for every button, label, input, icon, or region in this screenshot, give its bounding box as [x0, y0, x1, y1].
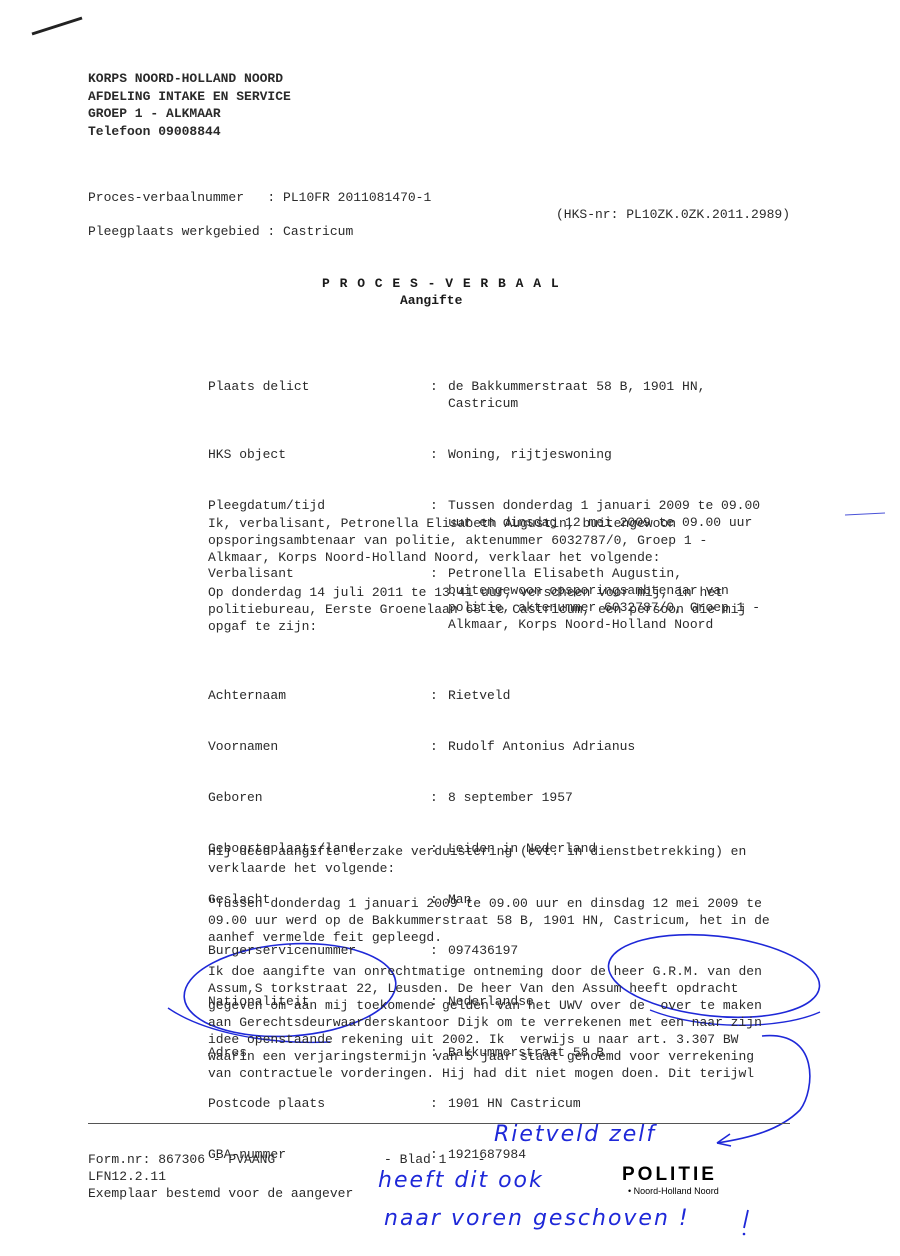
politie-wordmark: POLITIE: [622, 1164, 719, 1186]
agency-line: Telefoon 09008844: [88, 123, 291, 141]
agency-header: KORPS NOORD-HOLLAND NOORD AFDELING INTAK…: [88, 70, 291, 140]
form-number: Form.nr: 867306 - PVAANG: [88, 1151, 275, 1168]
pv-number-label: Proces-verbaalnummer :: [88, 190, 275, 205]
lfn-code: LFN12.2.11: [88, 1168, 166, 1185]
person-field: Geboren:8 september 1957: [208, 789, 808, 806]
appearance-paragraph: Op donderdag 14 juli 2011 te 13.41 uur, …: [208, 584, 808, 635]
agency-line: KORPS NOORD-HOLLAND NOORD: [88, 70, 291, 88]
field-value: Rietveld: [448, 687, 808, 704]
pv-number-row: Proces-verbaalnummer : PL10FR 2011081470…: [88, 189, 431, 206]
werkgebied-row: Pleegplaats werkgebied : Castricum: [88, 223, 353, 240]
person-field: Postcode plaats:1901 HN Castricum: [208, 1095, 808, 1112]
statement-paragraph-2: Ik doe aangifte van onrechtmatige ontnem…: [208, 963, 808, 1082]
field-label: Postcode plaats: [208, 1095, 430, 1112]
handwritten-note-line-1: Rietveld zelf: [494, 1122, 656, 1147]
footer-divider: [88, 1123, 790, 1124]
intro-paragraph: Ik, verbalisant, Petronella Elisabeth Au…: [208, 515, 808, 566]
document-subtitle: Aangifte: [400, 292, 462, 309]
field-value: Woning, rijtjeswoning: [448, 446, 808, 463]
werkgebied-label: Pleegplaats werkgebied :: [88, 224, 275, 239]
politie-logo: POLITIE • Noord-Holland Noord: [622, 1164, 719, 1196]
field-label: HKS object: [208, 446, 430, 463]
document-title: P R O C E S - V E R B A A L: [322, 275, 560, 292]
statement-paragraph-1: "Tussen donderdag 1 januari 2009 te 09.0…: [208, 895, 808, 946]
exemplaar-note: Exemplaar bestemd voor de aangever: [88, 1185, 353, 1202]
page-indicator: - Blad 1 -: [384, 1151, 485, 1168]
handwritten-note-line-3: naar voren geschoven !: [384, 1206, 690, 1231]
field-value: de Bakkummerstraat 58 B, 1901 HN, Castri…: [448, 378, 808, 412]
case-field: HKS object:Woning, rijtjeswoning: [208, 446, 808, 463]
person-field: Voornamen:Rudolf Antonius Adrianus: [208, 738, 808, 755]
field-label: Achternaam: [208, 687, 430, 704]
ink-dash-margin: [845, 513, 885, 515]
stray-pen-mark: [32, 18, 82, 34]
agency-line: AFDELING INTAKE EN SERVICE: [88, 88, 291, 106]
field-value: 1901 HN Castricum: [448, 1095, 808, 1112]
pv-number-value: PL10FR 2011081470-1: [283, 190, 431, 205]
politie-region: • Noord-Holland Noord: [628, 1186, 719, 1196]
person-field: GBA-nummer:1921687984: [208, 1146, 808, 1163]
field-label: Geboren: [208, 789, 430, 806]
aangifte-paragraph: Hij deed aangifte terzake verduistering …: [208, 843, 808, 877]
field-label: Plaats delict: [208, 378, 430, 412]
handwritten-note-line-2: heeft dit ook: [378, 1168, 544, 1193]
field-label: Voornamen: [208, 738, 430, 755]
field-value: 8 september 1957: [448, 789, 808, 806]
case-field: Plaats delict:de Bakkummerstraat 58 B, 1…: [208, 378, 808, 412]
field-value: 1921687984: [448, 1146, 808, 1163]
field-value: Rudolf Antonius Adrianus: [448, 738, 808, 755]
person-field: Achternaam:Rietveld: [208, 687, 808, 704]
werkgebied-value: Castricum: [283, 224, 353, 239]
hks-number: (HKS-nr: PL10ZK.0ZK.2011.2989): [556, 206, 790, 223]
agency-line: GROEP 1 - ALKMAAR: [88, 105, 291, 123]
